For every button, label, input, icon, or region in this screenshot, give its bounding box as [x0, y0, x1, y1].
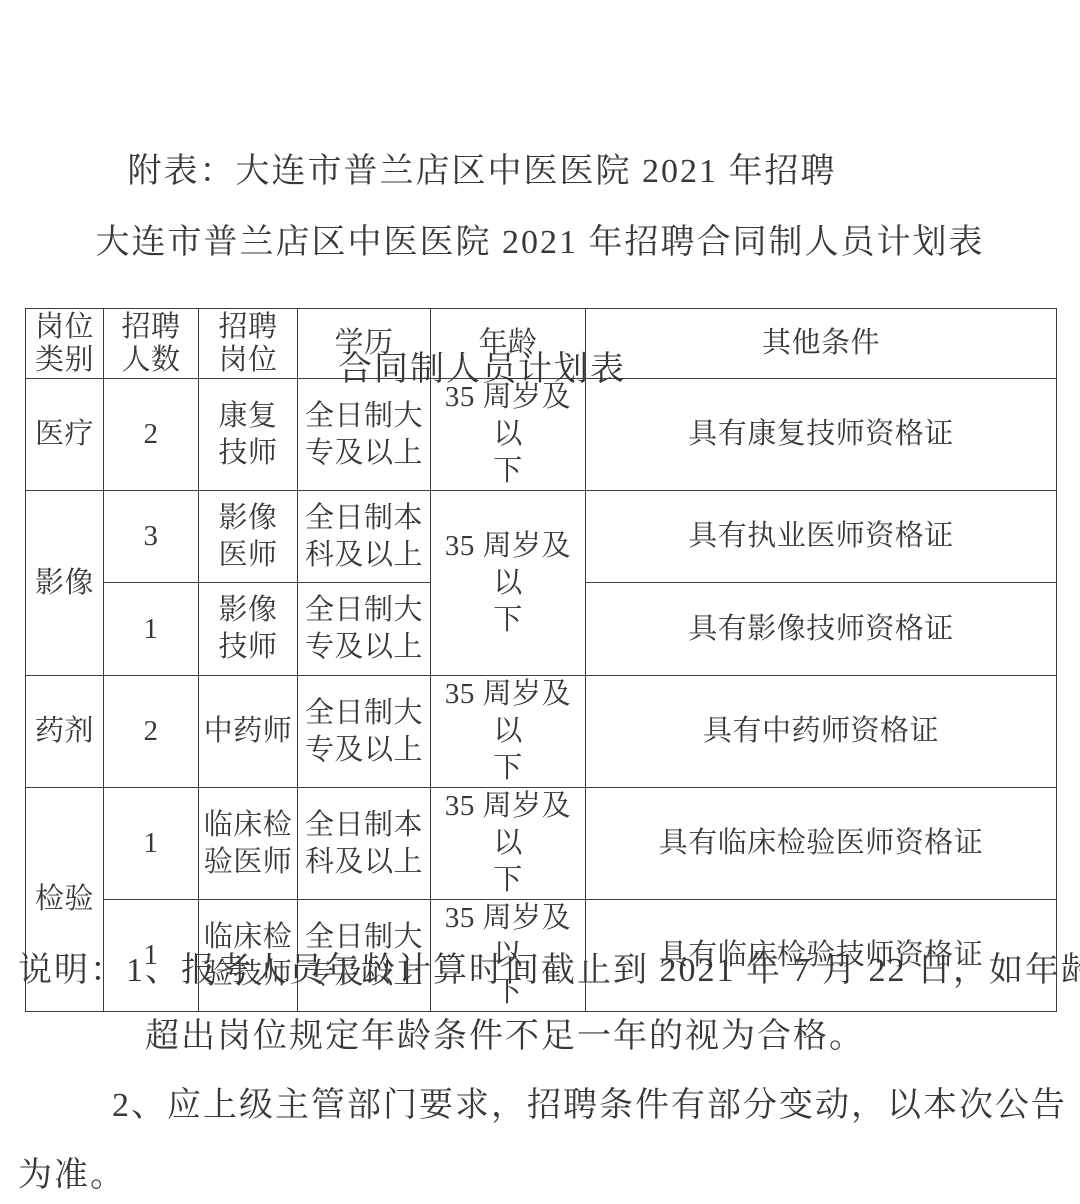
- cell-count: 2: [104, 676, 199, 788]
- col-header-category: 岗位 类别: [26, 309, 104, 379]
- col-header-position: 招聘 岗位: [199, 309, 298, 379]
- table-row: 影像 3 影像 医师 全日制本 科及以上 35 周岁及以 下 具有执业医师资格证: [26, 491, 1057, 583]
- cell-other: 具有康复技师资格证: [586, 379, 1057, 491]
- recruitment-plan-table: 岗位 类别 招聘 人数 招聘 岗位 学历 年龄 其他条件 医疗 2 康复 技师 …: [25, 308, 1057, 1012]
- cell-education: 全日制大 专及以上: [298, 676, 431, 788]
- cell-age: 35 周岁及以 下: [431, 491, 586, 676]
- cell-other: 具有临床检验医师资格证: [586, 788, 1057, 900]
- note-line-2: 超出岗位规定年龄条件不足一年的视为合格。: [145, 1015, 865, 1059]
- document-title-line-1: 附表：大连市普兰店区中医医院 2021 年招聘: [0, 139, 964, 205]
- cell-category: 医疗: [26, 379, 104, 491]
- col-header-education: 学历: [298, 309, 431, 379]
- cell-count: 1: [104, 583, 199, 676]
- cell-position: 影像 医师: [199, 491, 298, 583]
- cell-education: 全日制大 专及以上: [298, 379, 431, 491]
- col-header-age: 年龄: [431, 309, 586, 379]
- cell-position: 影像 技师: [199, 583, 298, 676]
- table-title: 大连市普兰店区中医医院 2021 年招聘合同制人员计划表: [0, 221, 1080, 265]
- table-row: 医疗 2 康复 技师 全日制大 专及以上 35 周岁及以 下 具有康复技师资格证: [26, 379, 1057, 491]
- col-header-other: 其他条件: [586, 309, 1057, 379]
- cell-education: 全日制本 科及以上: [298, 491, 431, 583]
- cell-position: 临床检 验医师: [199, 788, 298, 900]
- cell-position: 中药师: [199, 676, 298, 788]
- cell-position: 康复 技师: [199, 379, 298, 491]
- cell-age: 35 周岁及以 下: [431, 788, 586, 900]
- cell-age: 35 周岁及以 下: [431, 379, 586, 491]
- cell-education: 全日制大 专及以上: [298, 583, 431, 676]
- note-line-4: 为准。: [18, 1154, 126, 1198]
- table-header-row: 岗位 类别 招聘 人数 招聘 岗位 学历 年龄 其他条件: [26, 309, 1057, 379]
- cell-education: 全日制本 科及以上: [298, 788, 431, 900]
- note-line-1: 说明：1、报考人员年龄计算时间截止到 2021 年 7 月 22 日，如年龄: [18, 949, 1080, 993]
- cell-count: 1: [104, 788, 199, 900]
- cell-category: 影像: [26, 491, 104, 676]
- cell-other: 具有影像技师资格证: [586, 583, 1057, 676]
- table-row: 药剂 2 中药师 全日制大 专及以上 35 周岁及以 下 具有中药师资格证: [26, 676, 1057, 788]
- note-line-3: 2、应上级主管部门要求，招聘条件有部分变动，以本次公告: [112, 1084, 1067, 1128]
- cell-other: 具有中药师资格证: [586, 676, 1057, 788]
- col-header-count: 招聘 人数: [104, 309, 199, 379]
- cell-count: 2: [104, 379, 199, 491]
- cell-count: 3: [104, 491, 199, 583]
- table-row: 检验 1 临床检 验医师 全日制本 科及以上 35 周岁及以 下 具有临床检验医…: [26, 788, 1057, 900]
- cell-category: 药剂: [26, 676, 104, 788]
- cell-age: 35 周岁及以 下: [431, 676, 586, 788]
- cell-other: 具有执业医师资格证: [586, 491, 1057, 583]
